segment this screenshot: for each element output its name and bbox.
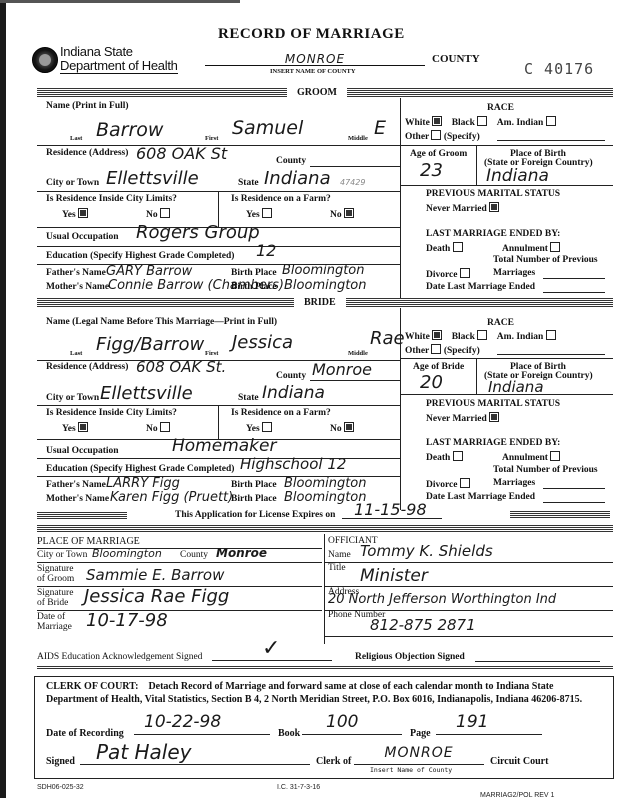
groom-state-label: State — [238, 178, 259, 188]
groom-name-label: Name (Print in Full) — [46, 101, 129, 111]
sig-groom-label: Signatureof Groom — [37, 564, 74, 584]
groom-mother-birthplace[interactable]: Bloomington — [284, 278, 367, 293]
groom-marriages-field[interactable] — [543, 278, 605, 279]
bride-city-label: City or Town — [46, 393, 99, 403]
groom-father-label: Father's Name — [46, 268, 106, 278]
bride-date-last-label: Date Last Marriage Ended — [426, 492, 535, 502]
groom-farm-no[interactable]: No — [330, 208, 354, 220]
sig-bride-label: Signatureof Bride — [37, 588, 73, 608]
death-checkbox[interactable] — [453, 242, 463, 252]
ceremony-county[interactable]: Monroe — [216, 546, 267, 560]
groom-mother-label: Mother's Name — [46, 282, 109, 292]
race-white-checkbox[interactable] — [432, 330, 442, 340]
bride-total-prev-label: Total Number of Previous — [493, 465, 598, 475]
county-field[interactable]: MONROE — [205, 48, 425, 66]
groom-race-other-row: Other (Specify) — [405, 130, 480, 142]
religious-objection-field[interactable] — [475, 661, 600, 662]
no-label: No — [330, 424, 342, 434]
bride-state-label: State — [238, 393, 259, 403]
scan-edge-top — [0, 0, 240, 3]
bride-farm-label: Is Residence on a Farm? — [231, 408, 331, 418]
bride-banner: BRIDE — [37, 298, 613, 308]
checkbox-icon[interactable] — [78, 422, 88, 432]
bride-last-label: Last — [70, 350, 82, 357]
bride-age-label: Age of Bride — [413, 362, 464, 372]
yes-label: Yes — [62, 210, 76, 220]
label-line: Signature — [37, 564, 74, 574]
officiant-title-label: Title — [328, 563, 346, 573]
groom-zip: 47429 — [340, 178, 365, 187]
race-am-indian-checkbox[interactable] — [546, 330, 556, 340]
bride-race-row: White Black Am. Indian — [405, 330, 556, 342]
bride-residence[interactable]: 608 OAK St. — [136, 358, 226, 376]
religious-objection-label: Religious Objection Signed — [355, 652, 465, 662]
groom-mother-birth-label: Birth Place — [231, 282, 277, 292]
groom-never-married[interactable]: Never Married — [426, 202, 499, 214]
race-black-label: Black — [452, 332, 475, 342]
bride-first-name[interactable]: Jessica — [232, 332, 293, 353]
bride-city-limits-no[interactable]: No — [146, 422, 170, 434]
race-specify-label: (Specify) — [444, 346, 480, 356]
groom-marriages-label: Marriages — [493, 268, 535, 278]
clerk-of-label: Clerk of — [316, 756, 351, 767]
bride-state[interactable]: Indiana — [262, 383, 325, 403]
book-value: 100 — [302, 712, 358, 732]
groom-farm-yes[interactable]: Yes — [246, 208, 272, 220]
bride-middle-label: Middle — [348, 350, 368, 357]
license-expires-field[interactable]: 11-15-98 — [342, 500, 442, 519]
clerk-instructions-heading: CLERK OF COURT: — [46, 681, 138, 692]
bride-death[interactable]: Death — [426, 451, 463, 463]
groom-county-field[interactable] — [310, 166, 400, 167]
groom-education-label: Education (Specify Highest Grade Complet… — [46, 251, 234, 261]
groom-state[interactable]: Indiana — [264, 168, 331, 189]
page-field[interactable]: 191 — [436, 712, 542, 735]
clerk-of-caption: Insert Name of County — [370, 766, 452, 774]
decorative-rule — [37, 666, 613, 670]
groom-date-last-label: Date Last Marriage Ended — [426, 282, 535, 292]
date-recording-label: Date of Recording — [46, 728, 124, 739]
groom-section-label: GROOM — [287, 87, 347, 98]
bride-father-name[interactable]: LARRY Figg — [106, 476, 180, 491]
divorce-label: Divorce — [426, 480, 457, 490]
groom-date-last-field[interactable] — [543, 292, 605, 293]
bride-father-birth-label: Birth Place — [231, 480, 277, 490]
race-other-checkbox[interactable] — [431, 344, 441, 354]
bride-section-label: BRIDE — [294, 297, 346, 308]
bride-mother-label: Mother's Name — [46, 494, 109, 504]
groom-city-limits-label: Is Residence Inside City Limits? — [46, 194, 177, 204]
label-line: of Bride — [37, 598, 73, 608]
groom-banner: GROOM — [37, 88, 613, 98]
race-black-checkbox[interactable] — [477, 330, 487, 340]
clerk-of-field[interactable]: MONROE — [354, 742, 484, 765]
county-label: COUNTY — [432, 53, 480, 65]
bride-father-label: Father's Name — [46, 480, 106, 490]
groom-birthplace[interactable]: Indiana — [486, 166, 549, 186]
clerk-of-value: MONROE — [384, 745, 453, 761]
death-checkbox[interactable] — [453, 451, 463, 461]
statute-reference: I.C. 31-7-3-16 — [277, 784, 320, 791]
record-number: C 40176 — [524, 60, 594, 78]
bride-farm-no[interactable]: No — [330, 422, 354, 434]
groom-city-limits-no[interactable]: No — [146, 208, 170, 220]
no-label: No — [146, 424, 158, 434]
aids-ack-check: ✓ — [212, 636, 280, 661]
date-of-marriage-label: Date ofMarriage — [37, 612, 72, 632]
divorce-label: Divorce — [426, 270, 457, 280]
scan-edge — [0, 0, 6, 798]
no-label: No — [146, 210, 158, 220]
officiant-phone[interactable]: 812-875 2871 — [370, 616, 476, 634]
groom-education[interactable]: 12 — [256, 241, 276, 260]
bride-divorce[interactable]: Divorce — [426, 478, 470, 490]
bride-county[interactable]: Monroe — [312, 360, 372, 379]
no-label: No — [330, 210, 342, 220]
bride-education[interactable]: Highschool 12 — [240, 455, 346, 473]
page-value: 191 — [436, 712, 488, 732]
bride-residence-label: Residence (Address) — [46, 362, 128, 372]
state-seal-icon — [32, 47, 58, 73]
death-label: Death — [426, 453, 450, 463]
page-title: RECORD OF MARRIAGE — [218, 26, 405, 43]
groom-first-label: First — [205, 135, 218, 142]
aids-ack-label: AIDS Education Acknowledgement Signed — [37, 652, 202, 662]
groom-last-name[interactable]: Barrow — [96, 119, 163, 141]
bride-education-label: Education (Specify Highest Grade Complet… — [46, 464, 234, 474]
groom-city-label: City or Town — [46, 178, 99, 188]
annulment-label: Annulment — [502, 453, 548, 463]
decorative-rule — [37, 525, 613, 532]
never-married-checkbox[interactable] — [489, 412, 499, 422]
label-line: of Groom — [37, 574, 74, 584]
agency-line2: Department of Health — [60, 59, 178, 74]
annulment-checkbox[interactable] — [550, 242, 560, 252]
groom-age-label: Age of Groom — [410, 149, 467, 159]
book-field[interactable]: 100 — [302, 712, 402, 735]
checkbox-icon[interactable] — [344, 208, 354, 218]
bride-occupation[interactable]: Homemaker — [172, 436, 276, 456]
officiant-address[interactable]: 20 North Jefferson Worthington Ind — [328, 592, 556, 607]
clerk-signature-field[interactable]: Pat Haley — [80, 740, 310, 765]
officiant-title[interactable]: Minister — [360, 566, 428, 586]
bride-last-name[interactable]: Figg/Barrow — [96, 334, 204, 355]
yes-label: Yes — [246, 210, 260, 220]
license-expires-value: 11-15-98 — [342, 500, 427, 519]
groom-father-birthplace[interactable]: Bloomington — [282, 263, 365, 278]
annulment-checkbox[interactable] — [550, 451, 560, 461]
decorative-rule — [37, 512, 127, 520]
yes-label: Yes — [62, 424, 76, 434]
county-value: MONROE — [285, 52, 345, 66]
groom-race-label: RACE — [487, 103, 514, 113]
label-line: Signature — [37, 588, 73, 598]
clerk-instructions: CLERK OF COURT: Detach Record of Marriag… — [46, 680, 606, 706]
bride-annulment[interactable]: Annulment — [502, 451, 560, 463]
never-married-label: Never Married — [426, 204, 487, 214]
groom-prev-status-label: PREVIOUS MARITAL STATUS — [426, 189, 560, 199]
ceremony-city-label: City or Town — [37, 550, 87, 560]
groom-residence[interactable]: 608 OAK St — [136, 144, 227, 163]
label-line: Marriage — [37, 622, 72, 632]
race-black-label: Black — [452, 118, 475, 128]
label-line: Date of — [37, 612, 72, 622]
checkbox-icon[interactable] — [78, 208, 88, 218]
race-black-checkbox[interactable] — [477, 116, 487, 126]
groom-signature[interactable]: Sammie E. Barrow — [86, 566, 224, 584]
officiant-name[interactable]: Tommy K. Shields — [360, 542, 493, 560]
marriage-date[interactable]: 10-17-98 — [86, 610, 168, 631]
agency-name: Indiana State Department of Health — [60, 45, 178, 74]
groom-last-label: Last — [70, 135, 82, 142]
bride-signature[interactable]: Jessica Rae Figg — [84, 586, 229, 607]
ceremony-county-label: County — [180, 550, 208, 560]
bride-city-limits-label: Is Residence Inside City Limits? — [46, 408, 177, 418]
groom-residence-label: Residence (Address) — [46, 148, 128, 158]
bride-never-married[interactable]: Never Married — [426, 412, 499, 424]
page-label: Page — [410, 728, 431, 739]
signed-label: Signed — [46, 756, 75, 767]
race-am-indian-label: Am. Indian — [497, 332, 543, 342]
officiant-name-label: Name — [328, 550, 351, 560]
date-recording-field[interactable]: 10-22-98 — [134, 712, 270, 735]
checkbox-icon[interactable] — [262, 208, 272, 218]
groom-race-row: White Black Am. Indian — [405, 116, 556, 128]
bride-date-last-field[interactable] — [543, 502, 605, 503]
groom-city[interactable]: Ellettsville — [106, 168, 199, 189]
checkbox-icon[interactable] — [160, 422, 170, 432]
race-white-checkbox[interactable] — [432, 116, 442, 126]
groom-last-marriage-label: LAST MARRIAGE ENDED BY: — [426, 229, 560, 239]
groom-county-label: County — [276, 156, 306, 166]
groom-city-limits-yes[interactable]: Yes — [62, 208, 88, 220]
bride-city[interactable]: Ellettsville — [100, 383, 193, 404]
race-other-label: Other — [405, 132, 429, 142]
groom-farm-label: Is Residence on a Farm? — [231, 194, 331, 204]
bride-age[interactable]: 20 — [420, 372, 443, 393]
license-expires-label: This Application for License Expires on — [175, 510, 335, 520]
bride-county-label: County — [276, 371, 306, 381]
bride-city-limits-yes[interactable]: Yes — [62, 422, 88, 434]
race-white-label: White — [405, 332, 430, 342]
groom-middle-label: Middle — [348, 135, 368, 142]
bride-race-label: RACE — [487, 318, 514, 328]
bride-occupation-label: Usual Occupation — [46, 446, 119, 456]
race-specify-label: (Specify) — [444, 132, 480, 142]
bride-marriages-label: Marriages — [493, 478, 535, 488]
bride-mother-name[interactable]: Karen Figg (Pruett) — [110, 490, 233, 505]
agency-line1: Indiana State — [60, 45, 178, 59]
divorce-checkbox[interactable] — [460, 478, 470, 488]
date-recording-value: 10-22-98 — [134, 712, 221, 732]
groom-middle-name[interactable]: E — [374, 117, 386, 139]
race-other-label: Other — [405, 346, 429, 356]
groom-occupation[interactable]: Rogers Group — [136, 222, 260, 243]
bride-farm-yes[interactable]: Yes — [246, 422, 272, 434]
groom-age[interactable]: 23 — [420, 160, 443, 181]
circuit-court-label: Circuit Court — [490, 756, 548, 767]
place-of-marriage-label: PLACE OF MARRIAGE — [37, 536, 140, 547]
race-am-indian-checkbox[interactable] — [546, 116, 556, 126]
groom-father-birth-label: Birth Place — [231, 268, 277, 278]
yes-label: Yes — [246, 424, 260, 434]
race-am-indian-label: Am. Indian — [497, 118, 543, 128]
groom-occupation-label: Usual Occupation — [46, 232, 119, 242]
clerk-signature: Pat Haley — [80, 740, 192, 764]
bride-name-label: Name (Legal Name Before This Marriage—Pr… — [46, 317, 277, 327]
race-other-checkbox[interactable] — [431, 130, 441, 140]
ceremony-city[interactable]: Bloomington — [92, 547, 162, 560]
groom-father-name[interactable]: GARY Barrow — [106, 264, 192, 279]
divorce-checkbox[interactable] — [460, 268, 470, 278]
bride-mother-birth-label: Birth Place — [231, 494, 277, 504]
checkbox-icon[interactable] — [262, 422, 272, 432]
form-id: SDH06-025-32 — [37, 784, 84, 791]
decorative-rule — [510, 511, 610, 519]
county-caption: INSERT NAME OF COUNTY — [270, 68, 356, 75]
groom-death[interactable]: Death — [426, 242, 463, 254]
never-married-checkbox[interactable] — [489, 202, 499, 212]
groom-first-name[interactable]: Samuel — [232, 117, 303, 139]
bride-first-label: First — [205, 350, 218, 357]
bride-race-other-row: Other (Specify) — [405, 344, 480, 356]
never-married-label: Never Married — [426, 414, 487, 424]
book-label: Book — [278, 728, 300, 739]
aids-ack-field[interactable]: ✓ — [212, 636, 332, 661]
bride-last-marriage-label: LAST MARRIAGE ENDED BY: — [426, 438, 560, 448]
groom-annulment[interactable]: Annulment — [502, 242, 560, 254]
bride-marriages-field[interactable] — [543, 488, 605, 489]
bride-prev-status-label: PREVIOUS MARITAL STATUS — [426, 399, 560, 409]
groom-divorce[interactable]: Divorce — [426, 268, 470, 280]
checkbox-icon[interactable] — [160, 208, 170, 218]
bride-father-birthplace[interactable]: Bloomington — [284, 476, 367, 491]
race-white-label: White — [405, 118, 430, 128]
death-label: Death — [426, 244, 450, 254]
form-revision: MARRIAG2/POL REV 1 — [480, 792, 554, 798]
groom-total-prev-label: Total Number of Previous — [493, 255, 598, 265]
annulment-label: Annulment — [502, 244, 548, 254]
checkbox-icon[interactable] — [344, 422, 354, 432]
